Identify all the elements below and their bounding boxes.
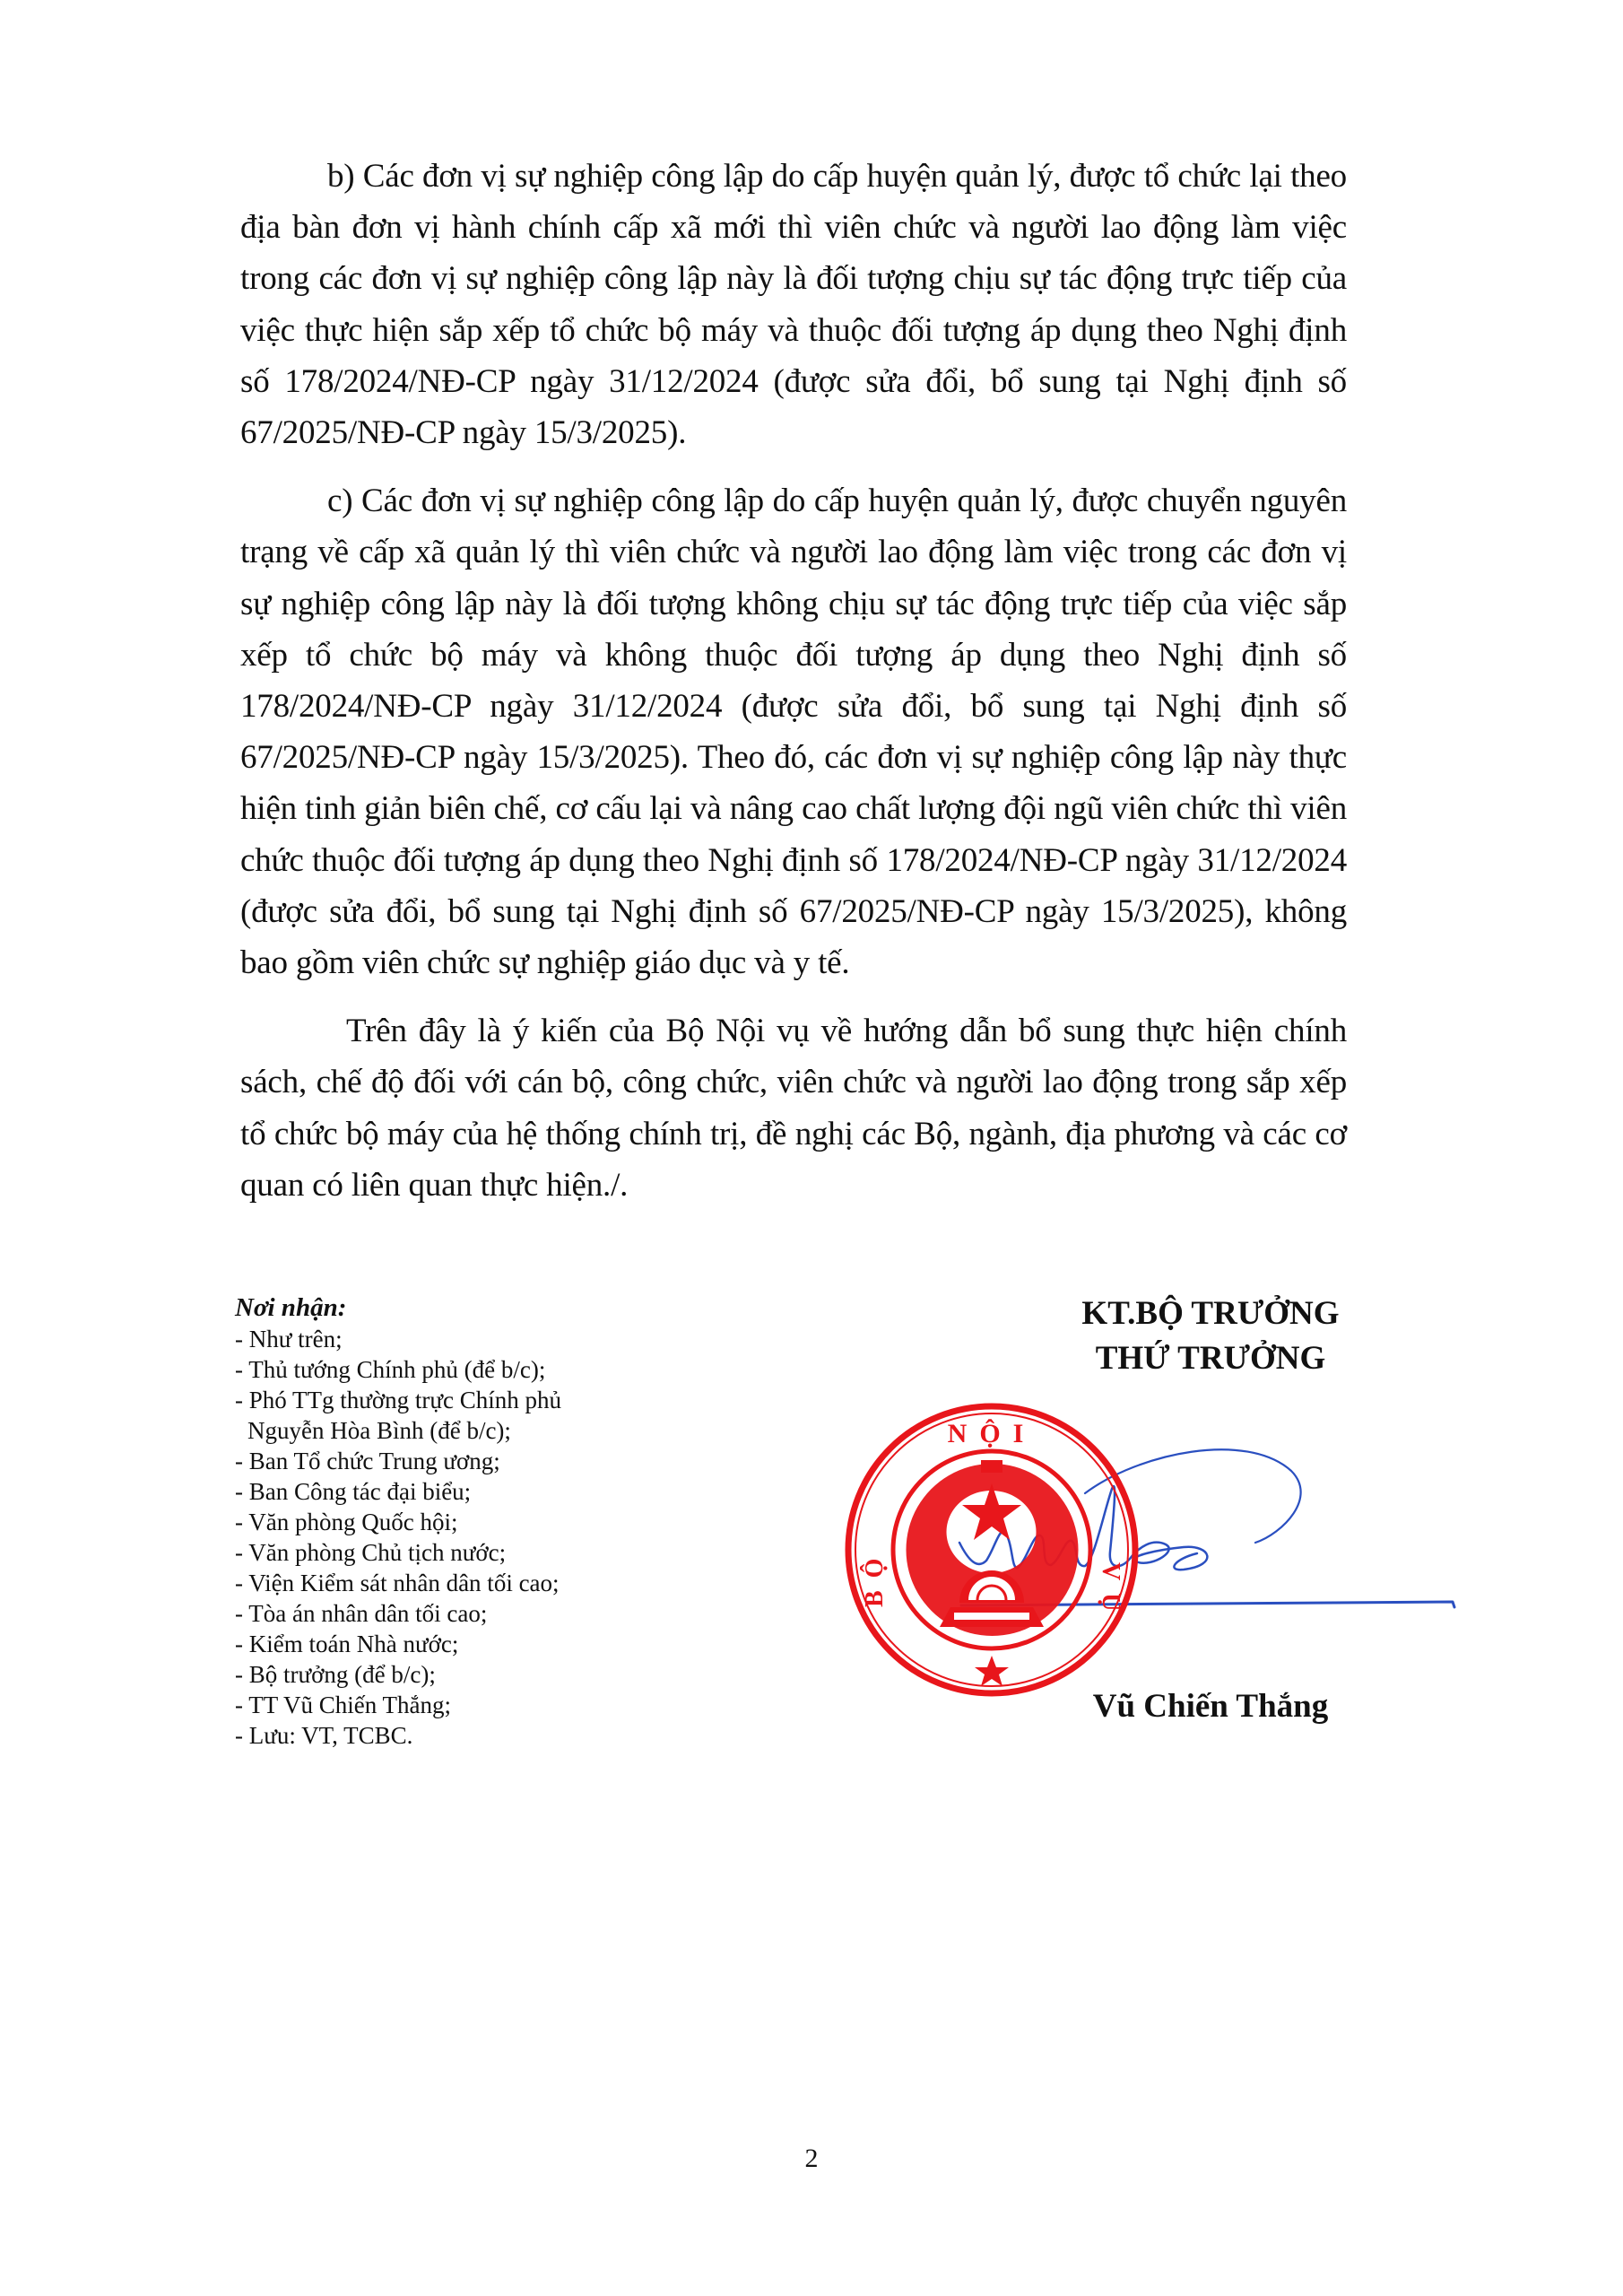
recipient-item: - Kiểm toán Nhà nước; — [235, 1629, 737, 1659]
signer-title-line2: THỨ TRƯỞNG — [968, 1336, 1453, 1381]
recipient-item: - Thủ tướng Chính phủ (để b/c); — [235, 1354, 737, 1385]
paragraph-closing: Trên đây là ý kiến của Bộ Nội vụ về hướn… — [240, 1005, 1347, 1211]
recipient-item: - Viện Kiểm sát nhân dân tối cao; — [235, 1568, 737, 1598]
recipient-item: - Ban Tổ chức Trung ương; — [235, 1446, 737, 1476]
svg-text:BỘ: BỘ — [861, 1546, 889, 1607]
recipient-item: Nguyễn Hòa Bình (để b/c); — [235, 1415, 737, 1446]
paragraph-c: c) Các đơn vị sự nghiệp công lập do cấp … — [240, 475, 1347, 988]
signer-title-line1: KT.BỘ TRƯỞNG — [968, 1291, 1453, 1336]
document-body: b) Các đơn vị sự nghiệp công lập do cấp … — [240, 151, 1347, 1228]
recipient-item: - Phó TTg thường trực Chính phủ — [235, 1385, 737, 1415]
recipient-item: - Lưu: VT, TCBC. — [235, 1720, 737, 1751]
svg-text:VỤ: VỤ — [1097, 1562, 1124, 1623]
recipient-item: - Văn phòng Chủ tịch nước; — [235, 1537, 737, 1568]
svg-text:NỘI: NỘI — [948, 1419, 1037, 1448]
recipients-block: Nơi nhận: - Như trên; - Thủ tướng Chính … — [235, 1291, 737, 1751]
recipient-item: - Tòa án nhân dân tối cao; — [235, 1598, 737, 1629]
recipient-item: - Như trên; — [235, 1324, 737, 1354]
page-number: 2 — [0, 2144, 1623, 2174]
recipient-item: - TT Vũ Chiến Thắng; — [235, 1690, 737, 1720]
recipients-heading: Nơi nhận: — [235, 1291, 737, 1324]
paragraph-b: b) Các đơn vị sự nghiệp công lập do cấp … — [240, 151, 1347, 458]
signer-block: KT.BỘ TRƯỞNG THỨ TRƯỞNG Vũ Chiến Thắng — [968, 1291, 1453, 1381]
official-stamp-icon: NỘI BỘ VỤ — [843, 1401, 1141, 1699]
recipient-item: - Bộ trưởng (để b/c); — [235, 1659, 737, 1690]
recipient-item: - Ban Công tác đại biểu; — [235, 1476, 737, 1507]
recipient-item: - Văn phòng Quốc hội; — [235, 1507, 737, 1537]
